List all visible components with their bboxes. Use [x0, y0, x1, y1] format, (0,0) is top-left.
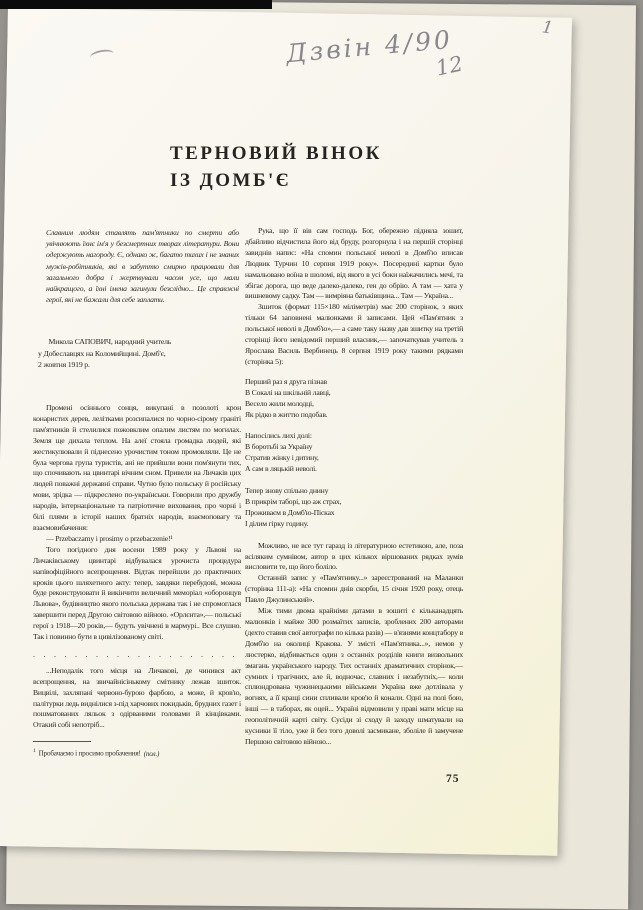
scanned-page: Дзвін 4/90 12 1 ТЕРНОВИЙ ВІНОК ІЗ ДОМБ'Є… [0, 8, 572, 856]
pencil-mark [89, 48, 115, 63]
footnote-rule [33, 741, 91, 742]
handwritten-copy-number: 12 [434, 51, 465, 80]
handwritten-magazine-ref: Дзвін 4/90 [285, 25, 454, 68]
page-number: 75 [446, 773, 460, 785]
epigraph-attribution: Микола САПОВИЧ, народний учитель у Добес… [38, 336, 240, 371]
scan-canvas: { "colors": { "background": "#96938e", "… [0, 0, 643, 910]
footnote: 1Пробачаємо і просимо пробачення!(пол.) [33, 746, 241, 759]
poem: Перший раз я друга пізнав В Сокалі на шк… [245, 377, 463, 530]
footnote-marker: 1 [33, 748, 36, 754]
poem-stanza: Перший раз я друга пізнав В Сокалі на шк… [245, 377, 463, 421]
paragraph: ...Неподалік того місця на Личакові, де … [33, 666, 241, 731]
left-column: Промені осіннього сонця, викупані в позо… [33, 403, 241, 760]
footnote-language-note: (пол.) [144, 750, 160, 758]
paragraph: Зшиток (формат 115×180 міліметрів) має 2… [245, 302, 463, 367]
section-separator: ..................... [33, 650, 241, 661]
paragraph: Того погідного дня восени 1989 року у Ль… [33, 545, 241, 643]
paragraph: Останній запис у «Пам'ятнику...» зареєст… [245, 573, 463, 606]
paragraph: Між тими двома крайніми датами в зошиті … [245, 606, 463, 748]
footnote-text: Пробачаємо і просимо пробачення! [39, 750, 141, 758]
paragraph: Промені осіннього сонця, викупані в позо… [33, 403, 241, 534]
paragraph: Можливо, не все тут гаразд із літературн… [245, 541, 463, 574]
poem-stanza: Тепер знову спільно днину В прикрім табо… [245, 486, 463, 530]
right-column: Рука, що її вів сам господь Бог, обережн… [245, 226, 463, 748]
article-title: ТЕРНОВИЙ ВІНОК ІЗ ДОМБ'Є [170, 140, 382, 194]
scanner-edge-strip [0, 0, 272, 9]
poem-stanza: Напосілись лихі долі: В боротьбі за Укра… [245, 431, 463, 475]
page-content: Дзвін 4/90 12 1 ТЕРНОВИЙ ВІНОК ІЗ ДОМБ'Є… [8, 8, 643, 910]
paragraph: Рука, що її вів сам господь Бог, обережн… [245, 226, 463, 302]
dialog-line: — Przebaczamy i prosimy o przebaczenie!¹ [33, 534, 241, 545]
handwritten-corner-mark: 1 [541, 17, 555, 38]
epigraph: Славним людям ставлять пам'ятники по сме… [46, 227, 239, 305]
